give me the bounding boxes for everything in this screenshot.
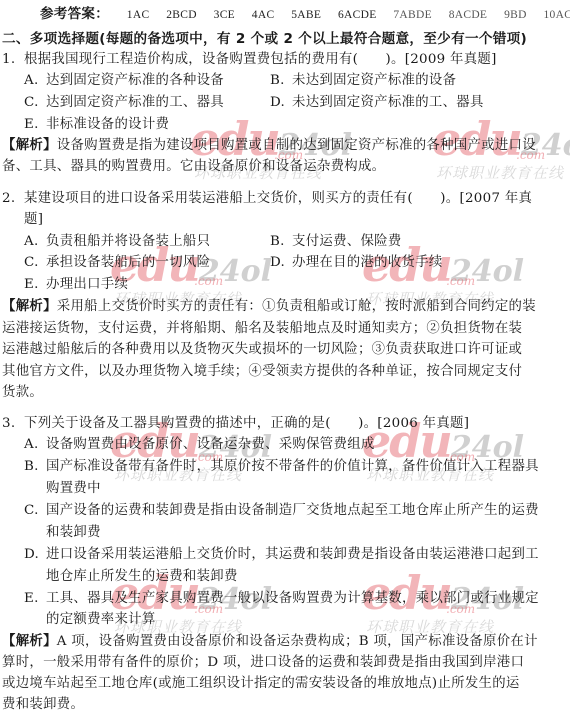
- option-d: D.办理在目的港的收货手续: [270, 253, 443, 273]
- option-text: 进口设备采用装运港船上交货价时，其运费和装卸费是指设备由装运港港口起到工: [46, 547, 539, 562]
- option-letter: E.: [24, 115, 46, 135]
- section-title: 二、多项选择题(每题的备选项中，有 2 个或 2 个以上最符合题意，至少有一个错…: [2, 29, 527, 49]
- option-letter: C.: [24, 501, 46, 521]
- answer-item: 2BCD: [166, 9, 197, 21]
- option-c: C.国产设备的运费和装卸费是指由设备制造厂交货地点起至工地仓库止所产生的运费: [24, 501, 539, 521]
- option-text: 未达到固定资产标准的工、器具: [292, 95, 484, 110]
- answer-item: 1AC: [127, 9, 150, 21]
- analysis-line: 其他官方文件，以及办理货物入境手续；④受领卖方提供的各种单证，按合同规定支付: [2, 362, 522, 382]
- option-e: E.办理出口手续: [24, 275, 128, 295]
- option-letter: E.: [24, 589, 46, 609]
- option-text-cont: 的定额费率来计算: [46, 610, 156, 630]
- option-b: B.国产标准设备带有备件时，其原价按不带备件的价值计算，备件价值计入工程器具: [24, 457, 539, 477]
- option-text: 办理出口手续: [46, 277, 128, 292]
- option-c: C.达到固定资产标准的工、器具: [24, 93, 224, 113]
- exam-page: edu24ol .com 环球职业教育在线 edu24ol .com 环球职业教…: [0, 0, 570, 712]
- option-text: 承担设备装船后的一切风险: [46, 255, 210, 270]
- analysis-text: 设备购置费是指为建设项目购置或自制的达到固定资产标准的各种国产或进口设: [57, 138, 536, 153]
- option-letter: A.: [24, 71, 46, 91]
- option-text: 支付运费、保险费: [292, 234, 402, 249]
- option-text: 国产设备的运费和装卸费是指由设备制造厂交货地点起至工地仓库止所产生的运费: [46, 503, 539, 518]
- question-stem: 2.某建设项目的进口设备采用装运港船上交货价，则买方的责任有( )。[2007 …: [2, 189, 532, 209]
- question-text-cont: 题]: [24, 210, 43, 230]
- question-text: 下列关于设备及工器具购置费的描述中，正确的是( )。[2006 年真题]: [24, 416, 469, 431]
- option-letter: C.: [24, 93, 46, 113]
- option-d: D.未达到固定资产标准的工、器具: [270, 93, 484, 113]
- option-c: C.承担设备装船后的一切风险: [24, 253, 210, 273]
- option-text-cont: 购置费中: [46, 479, 101, 499]
- answer-item: 6ACDE: [338, 9, 377, 21]
- question-number: 1.: [2, 50, 24, 70]
- answer-item: 9BD: [504, 9, 527, 21]
- option-text-cont: 和装卸费: [46, 523, 101, 543]
- option-letter: D.: [270, 253, 292, 273]
- analysis-label: 【解析】: [2, 634, 57, 649]
- analysis-text: 采用船上交货价时买方的责任有：①负责租船或订舱，按时派船到合同约定的装: [57, 299, 536, 314]
- option-text: 办理在目的港的收货手续: [292, 255, 443, 270]
- option-d: D.进口设备采用装运港船上交货价时，其运费和装卸费是指设备由装运港港口起到工: [24, 545, 539, 565]
- option-e: E.非标准设备的设计费: [24, 115, 169, 135]
- analysis-text: A 项，设备购置费由设备原价和设备运杂费构成；B 项，国产标准设备原价在计: [57, 634, 538, 649]
- option-a: A.负责租船并将设备装上船只: [24, 232, 210, 252]
- question-stem: 3.下列关于设备及工器具购置费的描述中，正确的是( )。[2006 年真题]: [2, 414, 469, 434]
- option-text: 达到固定资产标准的各种设备: [46, 73, 224, 88]
- question-text: 某建设项目的进口设备采用装运港船上交货价，则买方的责任有( )。[2007 年真: [24, 191, 532, 206]
- option-a: A.设备购置费由设备原价、设备运杂费、采购保管费组成: [24, 435, 375, 455]
- answer-key: 参考答案： 1AC 2BCD 3CE 4AC 5ABE 6ACDE 7ABDE …: [40, 4, 570, 25]
- analysis-line: 货款。: [2, 383, 43, 403]
- question-stem: 1.根据我国现行工程造价构成，设备购置费包括的费用有( )。[2009 年真题]: [2, 50, 497, 70]
- option-text-cont: 地仓库止所发生的运费和装卸费: [46, 567, 238, 587]
- option-letter: B.: [270, 71, 292, 91]
- answer-item: 10ACE: [544, 9, 570, 21]
- analysis-line: 费和装卸费。: [2, 695, 84, 712]
- option-b: B.未达到固定资产标准的设备: [270, 71, 456, 91]
- answer-item: 5ABE: [291, 9, 321, 21]
- analysis-line: 或边境车站起至工地仓库(或施工组织设计指定的需安装设备的堆放地点)止所发生的运: [2, 674, 520, 694]
- question-number: 2.: [2, 189, 24, 209]
- answer-item: 4AC: [252, 9, 275, 21]
- analysis: 【解析】设备购置费是指为建设项目购置或自制的达到固定资产标准的各种国产或进口设: [2, 136, 536, 156]
- analysis-label: 【解析】: [2, 138, 57, 153]
- option-text: 未达到固定资产标准的设备: [292, 73, 456, 88]
- question-number: 3.: [2, 414, 24, 434]
- answer-item: 8ACDE: [449, 9, 488, 21]
- option-letter: E.: [24, 275, 46, 295]
- option-text: 工具、器具及生产家具购置费一般以设备购置费为计算基数，乘以部门或行业规定: [46, 591, 539, 606]
- question-text: 根据我国现行工程造价构成，设备购置费包括的费用有( )。[2009 年真题]: [24, 52, 497, 67]
- option-text: 非标准设备的设计费: [46, 117, 169, 132]
- answer-item: 7ABDE: [393, 9, 432, 21]
- option-b: B.支付运费、保险费: [270, 232, 402, 252]
- option-letter: A.: [24, 435, 46, 455]
- option-text: 负责租船并将设备装上船只: [46, 234, 210, 249]
- analysis-line: 运港接运货物，支付运费，并将船期、船名及装船地点及时通知卖方；②负担货物在装: [2, 319, 522, 339]
- analysis: 【解析】A 项，设备购置费由设备原价和设备运杂费构成；B 项，国产标准设备原价在…: [2, 632, 538, 652]
- answer-key-label: 参考答案：: [40, 6, 109, 22]
- analysis: 【解析】采用船上交货价时买方的责任有：①负责租船或订舱，按时派船到合同约定的装: [2, 297, 536, 317]
- option-letter: C.: [24, 253, 46, 273]
- option-text: 国产标准设备带有备件时，其原价按不带备件的价值计算，备件价值计入工程器具: [46, 459, 539, 474]
- option-letter: A.: [24, 232, 46, 252]
- analysis-line: 算时，一般采用带有备件的原价；D 项，进口设备的运费和装卸费是指由我国到岸港口: [2, 653, 524, 673]
- option-letter: D.: [270, 93, 292, 113]
- option-letter: B.: [270, 232, 292, 252]
- option-text: 达到固定资产标准的工、器具: [46, 95, 224, 110]
- analysis-line: 备、工具、器具的购置费用。它由设备原价和设备运杂费构成。: [2, 157, 385, 177]
- option-letter: B.: [24, 457, 46, 477]
- analysis-line: 运港越过船舷后的各种费用以及货物灭失或损坏的一切风险；③负责获取进口许可证或: [2, 340, 522, 360]
- option-e: E.工具、器具及生产家具购置费一般以设备购置费为计算基数，乘以部门或行业规定: [24, 589, 539, 609]
- option-letter: D.: [24, 545, 46, 565]
- analysis-label: 【解析】: [2, 299, 57, 314]
- option-a: A.达到固定资产标准的各种设备: [24, 71, 224, 91]
- answer-item: 3CE: [214, 9, 235, 21]
- option-text: 设备购置费由设备原价、设备运杂费、采购保管费组成: [46, 437, 375, 452]
